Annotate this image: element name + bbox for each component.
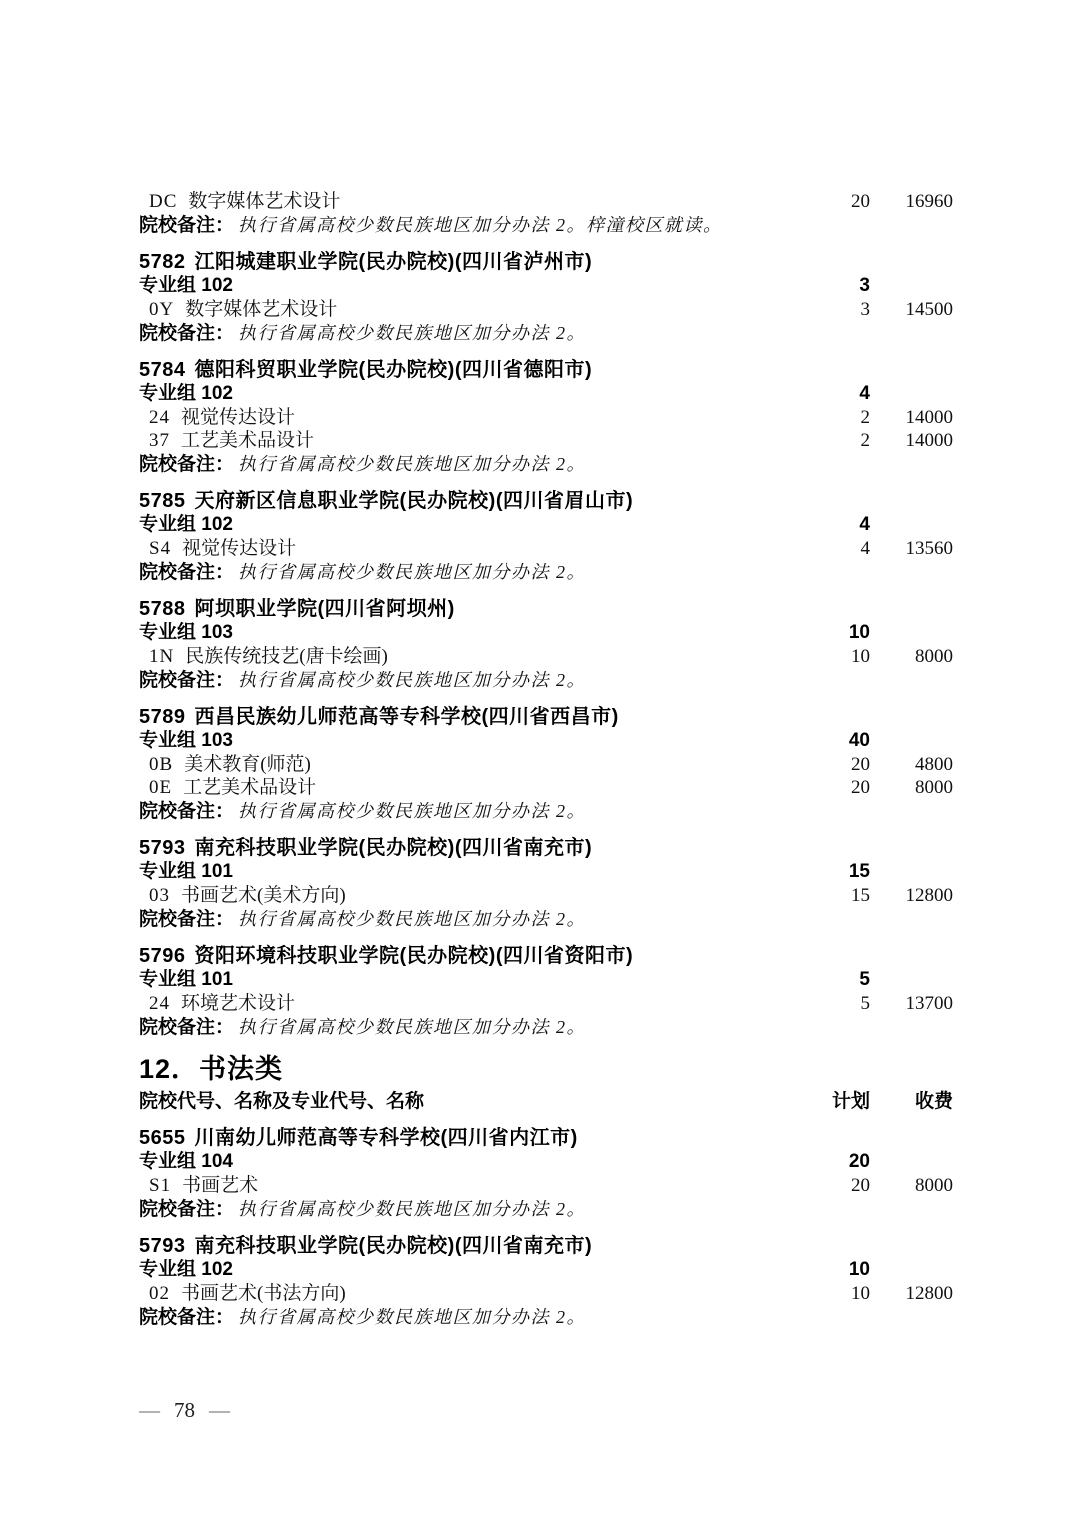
major-fee: 14000 xyxy=(870,429,953,452)
major-group-row: 专业组 102 4 xyxy=(139,513,953,537)
major-name: 环境艺术设计 xyxy=(181,993,295,1014)
major-fee: 14500 xyxy=(870,298,953,321)
major-fee: 8000 xyxy=(870,776,953,799)
college-name: 江阳城建职业学院(民办院校)(四川省泸州市) xyxy=(195,251,593,273)
major-group-row: 专业组 103 10 xyxy=(139,621,953,645)
major-fee: 4800 xyxy=(870,753,953,776)
major-group-plan-count: 5 xyxy=(770,968,870,992)
college-name: 天府新区信息职业学院(民办院校)(四川省眉山市) xyxy=(195,490,634,512)
college-name: 西昌民族幼儿师范高等专科学校(四川省西昌市) xyxy=(195,706,619,728)
major-group-plan-count: 20 xyxy=(770,1150,870,1174)
major-group-row: 专业组 103 40 xyxy=(139,729,953,753)
college-name: 川南幼儿师范高等专科学校(四川省内江市) xyxy=(195,1127,578,1149)
major-name: 视觉传达设计 xyxy=(182,538,296,559)
college-row: 5788阿坝职业学院(四川省阿坝州) xyxy=(139,597,953,621)
college-code: 5784 xyxy=(139,359,186,381)
page-footer: — 78 — xyxy=(139,1398,230,1422)
major-plan-count: 20 xyxy=(770,753,870,776)
college-row: 5793南充科技职业学院(民办院校)(四川省南充市) xyxy=(139,836,953,860)
major-group-row: 专业组 102 3 xyxy=(139,274,953,298)
major-fee: 13700 xyxy=(870,992,953,1015)
major-code: 0E xyxy=(149,777,172,798)
major-group-plan-count: 3 xyxy=(770,274,870,298)
remark-text: 执行省属高校少数民族地区加分办法 2。梓潼校区就读。 xyxy=(238,215,723,235)
college-remark-row: 院校备注：执行省属高校少数民族地区加分办法 2。 xyxy=(139,1197,953,1222)
college-name: 资阳环境科技职业学院(民办院校)(四川省资阳市) xyxy=(195,945,634,967)
major-title: S4视觉传达设计 xyxy=(139,537,770,560)
major-fee: 16960 xyxy=(870,190,953,213)
major-title: 0B美术教育(师范) xyxy=(139,753,770,776)
major-plan-count: 15 xyxy=(770,884,870,907)
remark-text: 执行省属高校少数民族地区加分办法 2。 xyxy=(238,1017,586,1037)
major-code: 02 xyxy=(149,1283,170,1304)
major-group-label: 专业组 102 xyxy=(139,274,770,298)
section-title: 12．书法类 xyxy=(139,1054,283,1084)
major-row: 0B美术教育(师范) 20 4800 xyxy=(139,753,953,776)
major-plan-count: 10 xyxy=(770,1282,870,1305)
college-remark-row: 院校备注：执行省属高校少数民族地区加分办法 2。 xyxy=(139,452,953,477)
major-group-row: 专业组 104 20 xyxy=(139,1150,953,1174)
major-title: DC数字媒体艺术设计 xyxy=(139,190,770,213)
college-code: 5788 xyxy=(139,598,186,620)
major-group-label: 专业组 102 xyxy=(139,513,770,537)
college-name: 阿坝职业学院(四川省阿坝州) xyxy=(195,598,455,620)
college-title: 5788阿坝职业学院(四川省阿坝州) xyxy=(139,597,953,621)
major-title: 24视觉传达设计 xyxy=(139,406,770,429)
remark-content: 院校备注：执行省属高校少数民族地区加分办法 2。 xyxy=(139,668,953,693)
remark-text: 执行省属高校少数民族地区加分办法 2。 xyxy=(238,1307,586,1327)
major-fee: 12800 xyxy=(870,884,953,907)
major-group-plan-count: 10 xyxy=(770,621,870,645)
major-row: S1书画艺术 20 8000 xyxy=(139,1174,953,1197)
major-code: S4 xyxy=(149,538,171,559)
major-row: 24环境艺术设计 5 13700 xyxy=(139,992,953,1015)
remark-content: 院校备注：执行省属高校少数民族地区加分办法 2。 xyxy=(139,907,953,932)
remark-label: 院校备注： xyxy=(139,670,234,691)
major-name: 书画艺术(书法方向) xyxy=(181,1283,346,1304)
remark-text: 执行省属高校少数民族地区加分办法 2。 xyxy=(238,1199,586,1219)
major-code: S1 xyxy=(149,1175,171,1196)
major-row: 24视觉传达设计 2 14000 xyxy=(139,406,953,429)
major-code: 1N xyxy=(149,646,174,667)
major-plan-count: 10 xyxy=(770,645,870,668)
college-remark-row: 院校备注：执行省属高校少数民族地区加分办法 2。 xyxy=(139,799,953,824)
major-group-plan-count: 4 xyxy=(770,382,870,406)
college-row: 5793南充科技职业学院(民办院校)(四川省南充市) xyxy=(139,1234,953,1258)
major-name: 工艺美术品设计 xyxy=(181,430,314,451)
college-row: 5796资阳环境科技职业学院(民办院校)(四川省资阳市) xyxy=(139,944,953,968)
remark-content: 院校备注：执行省属高校少数民族地区加分办法 2。 xyxy=(139,1015,953,1040)
header-name-column: 院校代号、名称及专业代号、名称 xyxy=(139,1090,770,1114)
major-row: 0Y数字媒体艺术设计 3 14500 xyxy=(139,298,953,321)
page-number: 78 xyxy=(174,1398,195,1422)
major-group-label: 专业组 104 xyxy=(139,1150,770,1174)
remark-label: 院校备注： xyxy=(139,1307,234,1328)
major-name: 视觉传达设计 xyxy=(181,407,295,428)
major-row: 0E工艺美术品设计 20 8000 xyxy=(139,776,953,799)
major-code: 03 xyxy=(149,885,170,906)
major-name: 数字媒体艺术设计 xyxy=(188,191,340,212)
major-group-row: 专业组 101 15 xyxy=(139,860,953,884)
major-fee: 14000 xyxy=(870,406,953,429)
college-remark-row: 院校备注：执行省属高校少数民族地区加分办法 2。 xyxy=(139,907,953,932)
college-code: 5796 xyxy=(139,945,186,967)
remark-label: 院校备注： xyxy=(139,454,234,475)
major-row: S4视觉传达设计 4 13560 xyxy=(139,537,953,560)
major-row: 02书画艺术(书法方向) 10 12800 xyxy=(139,1282,953,1305)
major-code: 0B xyxy=(149,754,173,775)
major-plan-count: 5 xyxy=(770,992,870,1015)
college-title: 5785天府新区信息职业学院(民办院校)(四川省眉山市) xyxy=(139,489,953,513)
remark-label: 院校备注： xyxy=(139,801,234,822)
college-remark-row: 院校备注：执行省属高校少数民族地区加分办法 2。 xyxy=(139,321,953,346)
remark-text: 执行省属高校少数民族地区加分办法 2。 xyxy=(238,670,586,690)
major-code: 0Y xyxy=(149,299,174,320)
remark-label: 院校备注： xyxy=(139,562,234,583)
college-title: 5796资阳环境科技职业学院(民办院校)(四川省资阳市) xyxy=(139,944,953,968)
remark-content: 院校备注：执行省属高校少数民族地区加分办法 2。 xyxy=(139,452,953,477)
college-row: 5782江阳城建职业学院(民办院校)(四川省泸州市) xyxy=(139,250,953,274)
major-group-label: 专业组 103 xyxy=(139,621,770,645)
college-code: 5785 xyxy=(139,490,186,512)
footer-right-dash: — xyxy=(209,1398,230,1422)
remark-content: 院校备注：执行省属高校少数民族地区加分办法 2。 xyxy=(139,1197,953,1222)
college-title: 5782江阳城建职业学院(民办院校)(四川省泸州市) xyxy=(139,250,953,274)
college-title: 5789西昌民族幼儿师范高等专科学校(四川省西昌市) xyxy=(139,705,953,729)
major-title: 0E工艺美术品设计 xyxy=(139,776,770,799)
remark-text: 执行省属高校少数民族地区加分办法 2。 xyxy=(238,562,586,582)
college-code: 5789 xyxy=(139,706,186,728)
major-plan-count: 2 xyxy=(770,429,870,452)
remark-label: 院校备注： xyxy=(139,1017,234,1038)
major-code: 24 xyxy=(149,407,170,428)
major-name: 民族传统技艺(唐卡绘画) xyxy=(185,646,388,667)
major-name: 数字媒体艺术设计 xyxy=(185,299,337,320)
major-row: 03书画艺术(美术方向) 15 12800 xyxy=(139,884,953,907)
college-title: 5784德阳科贸职业学院(民办院校)(四川省德阳市) xyxy=(139,358,953,382)
major-name: 书画艺术 xyxy=(182,1175,258,1196)
major-group-label: 专业组 102 xyxy=(139,382,770,406)
major-plan-count: 2 xyxy=(770,406,870,429)
major-code: DC xyxy=(149,191,177,212)
major-group-row: 专业组 101 5 xyxy=(139,968,953,992)
major-group-label: 专业组 101 xyxy=(139,968,770,992)
major-title: 02书画艺术(书法方向) xyxy=(139,1282,770,1305)
major-group-label: 专业组 101 xyxy=(139,860,770,884)
major-group-plan-count: 40 xyxy=(770,729,870,753)
footer-left-dash: — xyxy=(139,1398,160,1422)
major-group-row: 专业组 102 4 xyxy=(139,382,953,406)
major-group-label: 专业组 103 xyxy=(139,729,770,753)
college-remark-row: 院校备注：执行省属高校少数民族地区加分办法 2。 xyxy=(139,1015,953,1040)
remark-content: 院校备注：执行省属高校少数民族地区加分办法 2。 xyxy=(139,1305,953,1330)
college-code: 5793 xyxy=(139,837,186,859)
college-code: 5782 xyxy=(139,251,186,273)
major-fee: 8000 xyxy=(870,645,953,668)
college-code: 5655 xyxy=(139,1127,186,1149)
college-remark-row: 院校备注：执行省属高校少数民族地区加分办法 2。 xyxy=(139,668,953,693)
college-name: 南充科技职业学院(民办院校)(四川省南充市) xyxy=(195,1235,593,1257)
major-title: 24环境艺术设计 xyxy=(139,992,770,1015)
major-name: 书画艺术(美术方向) xyxy=(181,885,346,906)
major-code: 24 xyxy=(149,993,170,1014)
college-name: 德阳科贸职业学院(民办院校)(四川省德阳市) xyxy=(195,359,593,381)
college-row: 5784德阳科贸职业学院(民办院校)(四川省德阳市) xyxy=(139,358,953,382)
major-plan-count: 20 xyxy=(770,1174,870,1197)
major-group-row: 专业组 102 10 xyxy=(139,1258,953,1282)
college-remark-row: 院校备注：执行省属高校少数民族地区加分办法 2。 xyxy=(139,560,953,585)
major-fee: 13560 xyxy=(870,537,953,560)
major-plan-count: 20 xyxy=(770,190,870,213)
major-title: 0Y数字媒体艺术设计 xyxy=(139,298,770,321)
remark-label: 院校备注： xyxy=(139,215,234,236)
major-plan-count: 4 xyxy=(770,537,870,560)
remark-label: 院校备注： xyxy=(139,909,234,930)
remark-label: 院校备注： xyxy=(139,323,234,344)
major-group-plan-count: 4 xyxy=(770,513,870,537)
major-group-plan-count: 15 xyxy=(770,860,870,884)
remark-label: 院校备注： xyxy=(139,1199,234,1220)
major-title: S1书画艺术 xyxy=(139,1174,770,1197)
remark-text: 执行省属高校少数民族地区加分办法 2。 xyxy=(238,801,586,821)
major-group-plan-count: 10 xyxy=(770,1258,870,1282)
college-title: 5793南充科技职业学院(民办院校)(四川省南充市) xyxy=(139,1234,953,1258)
college-title: 5655川南幼儿师范高等专科学校(四川省内江市) xyxy=(139,1126,953,1150)
major-row: 37工艺美术品设计 2 14000 xyxy=(139,429,953,452)
college-title: 5793南充科技职业学院(民办院校)(四川省南充市) xyxy=(139,836,953,860)
college-code: 5793 xyxy=(139,1235,186,1257)
major-title: 1N民族传统技艺(唐卡绘画) xyxy=(139,645,770,668)
college-remark-row: 院校备注：执行省属高校少数民族地区加分办法 2。梓潼校区就读。 xyxy=(139,213,953,238)
major-row: 1N民族传统技艺(唐卡绘画) 10 8000 xyxy=(139,645,953,668)
document-page: DC数字媒体艺术设计 20 16960 院校备注：执行省属高校少数民族地区加分办… xyxy=(0,0,1080,1527)
college-row: 5789西昌民族幼儿师范高等专科学校(四川省西昌市) xyxy=(139,705,953,729)
college-row: 5785天府新区信息职业学院(民办院校)(四川省眉山市) xyxy=(139,489,953,513)
major-plan-count: 20 xyxy=(770,776,870,799)
table-header-row: 院校代号、名称及专业代号、名称 计划 收费 xyxy=(139,1090,953,1114)
major-fee: 8000 xyxy=(870,1174,953,1197)
major-title: 37工艺美术品设计 xyxy=(139,429,770,452)
major-row: DC数字媒体艺术设计 20 16960 xyxy=(139,190,953,213)
header-fee-column: 收费 xyxy=(870,1090,953,1114)
major-group-label: 专业组 102 xyxy=(139,1258,770,1282)
college-name: 南充科技职业学院(民办院校)(四川省南充市) xyxy=(195,837,593,859)
major-name: 美术教育(师范) xyxy=(184,754,311,775)
major-name: 工艺美术品设计 xyxy=(183,777,316,798)
admission-plan-list: DC数字媒体艺术设计 20 16960 院校备注：执行省属高校少数民族地区加分办… xyxy=(139,190,953,1342)
remark-text: 执行省属高校少数民族地区加分办法 2。 xyxy=(238,323,586,343)
major-title: 03书画艺术(美术方向) xyxy=(139,884,770,907)
header-plan-column: 计划 xyxy=(770,1090,870,1114)
remark-content: 院校备注：执行省属高校少数民族地区加分办法 2。 xyxy=(139,560,953,585)
college-remark-row: 院校备注：执行省属高校少数民族地区加分办法 2。 xyxy=(139,1305,953,1330)
remark-text: 执行省属高校少数民族地区加分办法 2。 xyxy=(238,454,586,474)
section-heading: 12．书法类 xyxy=(139,1052,953,1086)
remark-content: 院校备注：执行省属高校少数民族地区加分办法 2。 xyxy=(139,321,953,346)
remark-text: 执行省属高校少数民族地区加分办法 2。 xyxy=(238,909,586,929)
college-row: 5655川南幼儿师范高等专科学校(四川省内江市) xyxy=(139,1126,953,1150)
remark-content: 院校备注：执行省属高校少数民族地区加分办法 2。梓潼校区就读。 xyxy=(139,213,953,238)
major-code: 37 xyxy=(149,430,170,451)
remark-content: 院校备注：执行省属高校少数民族地区加分办法 2。 xyxy=(139,799,953,824)
major-plan-count: 3 xyxy=(770,298,870,321)
major-fee: 12800 xyxy=(870,1282,953,1305)
